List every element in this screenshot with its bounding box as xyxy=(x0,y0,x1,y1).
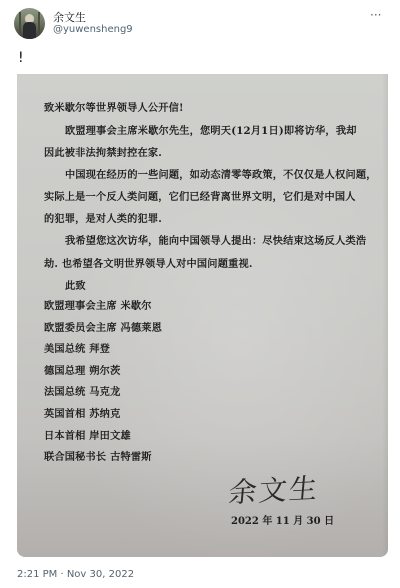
recipient-line: 欧盟理事会主席 米歇尔 xyxy=(44,297,152,312)
letter-document: 致米歇尔等世界领导人公开信! 欧盟理事会主席米歇尔先生，您明天(12月1日)即将… xyxy=(17,74,388,557)
letter-line: 因此被非法拘禁封控在家. xyxy=(44,144,162,159)
avatar-body xyxy=(23,22,36,39)
letter-line: 欧盟理事会主席米歇尔先生，您明天(12月1日)即将访华，我却 xyxy=(65,122,357,137)
author-handle[interactable]: @yuwensheng9 xyxy=(53,24,133,35)
letter-line: 劫. 也希望各文明世界领导人对中国问题重视. xyxy=(44,255,253,270)
avatar-tree-decoration xyxy=(19,12,21,36)
handwritten-signature: 余文生 xyxy=(227,467,321,512)
recipient-line: 美国总统 拜登 xyxy=(44,340,110,355)
tweet: 余文生 @yuwensheng9 ··· ! 致米歇尔等世界领导人公开信! 欧盟… xyxy=(0,0,400,588)
avatar-tree-decoration xyxy=(38,12,40,36)
letter-title: 致米歇尔等世界领导人公开信! xyxy=(44,99,184,114)
recipient-line: 法国总统 马克龙 xyxy=(44,383,120,398)
avatar[interactable] xyxy=(14,8,45,39)
letter-date: 2022 年 11 月 30 日 xyxy=(231,512,334,527)
letter-line: 的犯罪，是对人类的犯罪. xyxy=(44,210,162,225)
recipient-line: 德国总理 朔尔茨 xyxy=(44,362,120,377)
recipient-line: 日本首相 岸田文雄 xyxy=(44,427,131,442)
recipient-line: 联合国秘书长 古特雷斯 xyxy=(44,448,152,463)
recipient-line: 英国首相 苏纳克 xyxy=(44,405,120,420)
letter-line: 实际上是一个反人类问题，它们已经背离世界文明，它们是对中国人 xyxy=(44,188,356,203)
recipient-line: 欧盟委员会主席 冯德莱恩 xyxy=(44,319,162,334)
tweet-timestamp[interactable]: 2:21 PM · Nov 30, 2022 xyxy=(17,569,134,580)
tweet-text: ! xyxy=(18,50,24,66)
letter-closing: 此致 xyxy=(65,277,86,292)
more-options-icon[interactable]: ··· xyxy=(370,9,381,21)
author-display-name[interactable]: 余文生 xyxy=(53,9,86,25)
letter-line: 中国现在经历的一些问题，如动态清零等政策，不仅仅是人权问题， xyxy=(65,166,377,181)
tweet-media-image[interactable]: 致米歇尔等世界领导人公开信! 欧盟理事会主席米歇尔先生，您明天(12月1日)即将… xyxy=(17,74,388,557)
letter-line: 我希望您这次访华，能向中国领导人提出：尽快结束这场反人类浩 xyxy=(65,232,366,247)
